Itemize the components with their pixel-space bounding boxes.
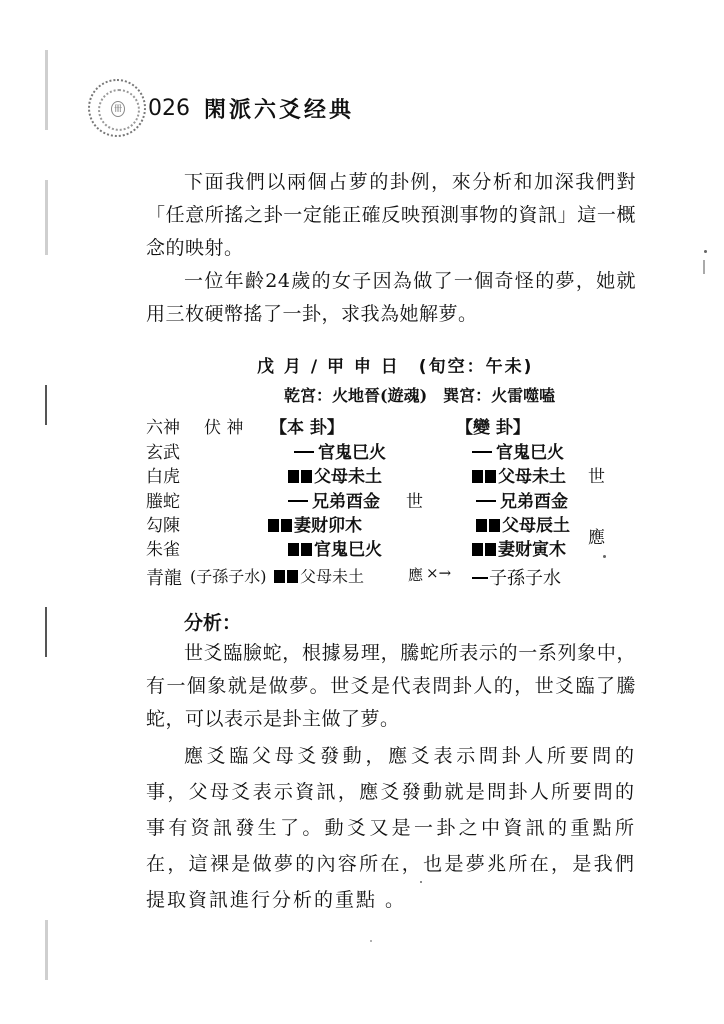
chart-row: 螣蛇 兄弟酉金 世 兄弟酉金	[146, 487, 626, 511]
analysis-paragraph-2: 應爻臨父母爻發動，應爻表示問卦人所要問的事，父母爻表示資訊，應爻發動就是問卦人所…	[146, 738, 636, 918]
main-line: 官鬼巳火	[294, 438, 386, 463]
chart-row: 白虎 父母未土 父母未土 世	[146, 462, 626, 486]
header-hidden-spirit: 伏 神	[204, 413, 243, 438]
page-number: 026	[148, 96, 190, 121]
page-header: 冊 026 閑派六爻经典	[88, 78, 354, 138]
yin-line-icon	[485, 543, 496, 556]
book-page: 冊 026 閑派六爻经典 下面我們以兩個占萝的卦例，來分析和加深我們對「任意所搖…	[0, 0, 724, 1024]
ying-marker: 應	[588, 523, 605, 548]
main-line: 妻财卯木	[268, 511, 362, 536]
yin-line-icon	[288, 470, 299, 483]
changed-line: 父母辰土	[476, 511, 570, 536]
main-line: 兄弟酉金	[288, 487, 380, 512]
main-line: 父母未土	[288, 462, 382, 487]
chart-row: 朱雀 官鬼巳火 妻财寅木 應	[146, 535, 626, 559]
main-line: 父母未土	[274, 564, 364, 587]
yin-line-icon	[287, 570, 298, 583]
shi-marker: 世	[406, 487, 423, 512]
seal-emblem-icon: 冊	[88, 79, 146, 137]
changed-line: 子孫子水	[472, 564, 561, 590]
ying-marker: 應	[408, 564, 423, 585]
six-god: 玄武	[146, 438, 180, 463]
shi-marker: 世	[588, 462, 605, 487]
scan-artifact	[45, 385, 47, 425]
header-main-hexagram: 【本 卦】	[270, 413, 344, 438]
intro-paragraph-2: 一位年齡24歲的女子因為做了一個奇怪的夢，她就用三枚硬幣搖了一卦，求我為她解萝。	[146, 265, 636, 331]
six-god: 朱雀	[146, 535, 180, 560]
hidden-spirit: (子孫子水)	[190, 564, 267, 587]
yin-line-icon	[268, 519, 279, 532]
header-six-gods: 六神	[146, 413, 180, 438]
six-god: 勾陳	[146, 511, 180, 536]
yin-line-icon	[485, 470, 496, 483]
yang-line-icon	[476, 500, 496, 502]
header-changed-hexagram: 【變 卦】	[456, 413, 530, 438]
changed-line: 兄弟酉金	[476, 487, 568, 512]
main-line: 官鬼巳火	[288, 535, 382, 560]
analysis-paragraph-1: 世爻臨臉蛇，根據易理，騰蛇所表示的一系列象中，有一個象就是做夢。世爻是代表問卦人…	[146, 637, 636, 736]
chart-header-row: 六神 伏 神 【本 卦】 【變 卦】	[146, 413, 626, 437]
yang-line-icon	[472, 451, 492, 453]
chart-row: 青龍 (子孫子水) 父母未土 應 ×→ 子孫子水	[146, 564, 626, 588]
yin-line-icon	[301, 543, 312, 556]
yin-line-icon	[489, 519, 500, 532]
scan-artifact	[45, 50, 48, 130]
yin-line-icon	[274, 570, 285, 583]
moving-line-arrow: ×→	[426, 564, 451, 582]
seal-center-icon: 冊	[111, 101, 125, 117]
yin-line-icon	[301, 470, 312, 483]
scan-speck	[704, 250, 707, 253]
date-line: 戊 月 / 甲 申 日 (旬空：午未)	[257, 352, 533, 377]
scan-speck	[370, 940, 372, 942]
scan-artifact	[45, 920, 48, 980]
yin-line-icon	[472, 543, 483, 556]
six-god: 青龍	[146, 564, 182, 590]
yang-line-icon	[288, 500, 308, 502]
chart-row: 勾陳 妻财卯木 父母辰土	[146, 511, 626, 535]
palace-line: 乾宮：火地晉(遊魂) 巽宮：火雷噬嗑	[284, 383, 555, 406]
yang-line-icon	[294, 451, 314, 453]
analysis-heading: 分析：	[184, 608, 241, 635]
changed-line: 父母未土	[472, 462, 566, 487]
yin-line-icon	[281, 519, 292, 532]
six-god: 白虎	[146, 462, 180, 487]
intro-paragraph-1: 下面我們以兩個占萝的卦例，來分析和加深我們對「任意所搖之卦一定能正確反映預測事物…	[146, 166, 636, 265]
yang-line-icon	[472, 577, 488, 579]
yin-line-icon	[472, 470, 483, 483]
yin-line-icon	[476, 519, 487, 532]
six-god: 螣蛇	[146, 487, 180, 512]
changed-line: 官鬼巳火	[472, 438, 564, 463]
scan-speck	[703, 260, 705, 274]
scan-artifact	[45, 607, 47, 657]
changed-line: 妻财寅木	[472, 535, 566, 560]
scan-artifact	[45, 180, 48, 255]
chart-row: 玄武 官鬼巳火 官鬼巳火	[146, 438, 626, 462]
book-title: 閑派六爻经典	[204, 93, 354, 124]
yin-line-icon	[288, 543, 299, 556]
